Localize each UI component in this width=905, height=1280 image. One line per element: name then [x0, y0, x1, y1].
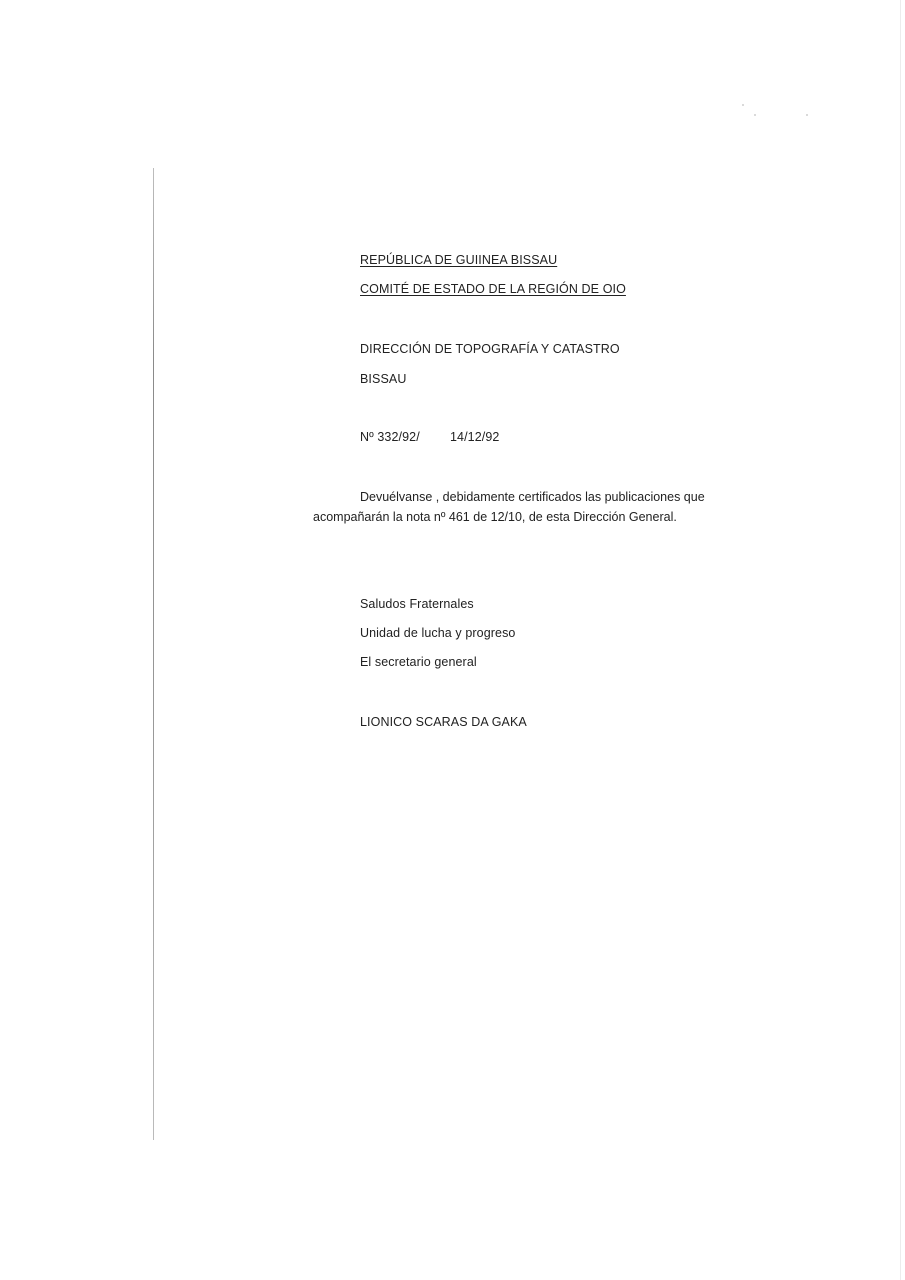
body-paragraph: Devuélvanse , debidamente certificados l… [313, 487, 733, 527]
directorate-heading: DIRECCIÓN DE TOPOGRAFÍA Y CATASTRO [360, 342, 620, 356]
reference-date: 14/12/92 [450, 430, 499, 444]
greeting: Saludos Fraternales [360, 597, 474, 611]
reference-line: Nº 332/92/14/12/92 [360, 430, 499, 444]
signatory-title: El secretario general [360, 655, 477, 669]
committee-heading: COMITÉ DE ESTADO DE LA REGIÓN DE OIO [360, 282, 626, 296]
motto: Unidad de lucha y progreso [360, 626, 515, 640]
scan-margin-line [153, 168, 154, 1140]
republic-heading: REPÚBLICA DE GUIINEA BISSAU [360, 253, 557, 267]
page-edge [900, 0, 901, 1280]
scan-speck [806, 114, 808, 116]
scan-speck [742, 104, 744, 106]
signatory-name: LIONICO SCARAS DA GAKA [360, 715, 527, 729]
scan-speck [754, 114, 756, 116]
reference-number: Nº 332/92/ [360, 430, 450, 444]
city-heading: BISSAU [360, 372, 406, 386]
body-line-1: Devuélvanse , debidamente certificados l… [360, 490, 705, 504]
body-line-2: acompañarán la nota nº 461 de 12/10, de … [313, 507, 733, 527]
